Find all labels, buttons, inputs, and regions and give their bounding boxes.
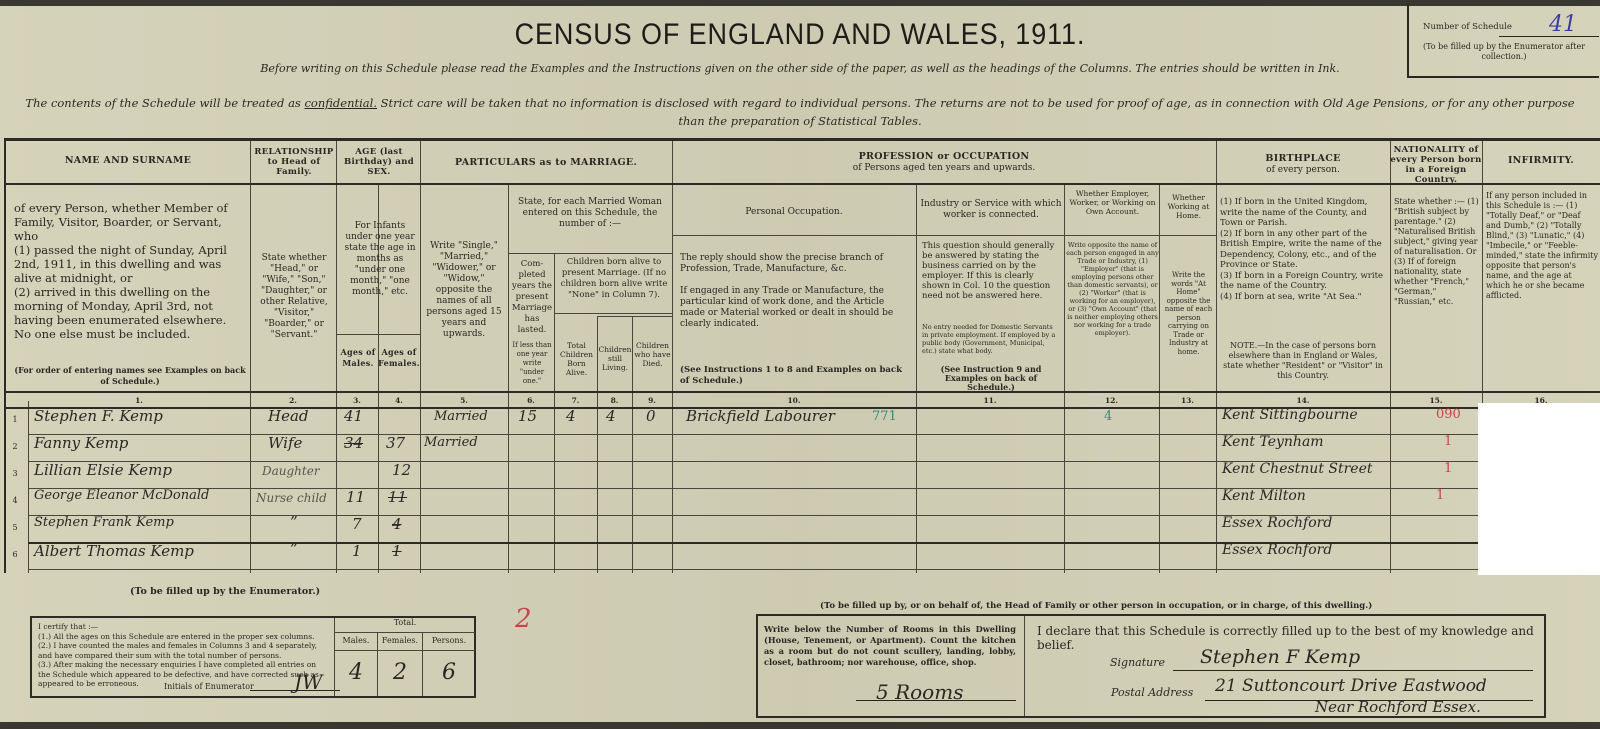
females-label: Females. bbox=[378, 632, 423, 651]
enumerator-box: I certify that :— (1.) All the ages on t… bbox=[30, 616, 476, 698]
person-name: Stephen Frank Kemp bbox=[34, 515, 174, 530]
head-section-title: (To be filled up by, or on behalf of, th… bbox=[820, 601, 1372, 611]
person-name: Albert Thomas Kemp bbox=[34, 542, 194, 560]
industry-instructions: This question should generally be answer… bbox=[922, 241, 1060, 301]
birthplace-value: Kent Chestnut Street bbox=[1222, 461, 1373, 477]
relationship-value: Head bbox=[268, 407, 309, 425]
completed-years-note: If less than one year write "under one." bbox=[510, 341, 554, 386]
marital-status: Married bbox=[424, 435, 478, 450]
col-num-2: 2. bbox=[250, 395, 336, 406]
initials-label: Initials of Enumerator bbox=[164, 682, 254, 691]
age-male: 7 bbox=[352, 515, 362, 533]
schedule-number-value: 41 bbox=[1549, 12, 1577, 37]
totals-table: Total. Males. Females. Persons. 4 2 6 bbox=[334, 618, 475, 696]
confidentiality-notice: The contents of the Schedule will be tre… bbox=[20, 94, 1580, 130]
relationship-value: Daughter bbox=[262, 464, 320, 478]
signature-value: Stephen F Kemp bbox=[1200, 646, 1360, 668]
col-num-12: 12. bbox=[1064, 395, 1159, 406]
person-name: George Eleanor McDonald bbox=[34, 488, 209, 503]
birthplace-note: NOTE.—In the case of persons born elsewh… bbox=[1220, 341, 1386, 381]
header-personal-occupation: Personal Occupation. bbox=[672, 207, 916, 218]
header-age: AGE (last Birthday) and SEX. bbox=[338, 147, 420, 177]
name-instructions: of every Person, whether Member of Famil… bbox=[14, 201, 246, 341]
col-num-14: 14. bbox=[1216, 395, 1390, 406]
signature-label: Signature bbox=[1110, 656, 1165, 669]
nationality-code: 1 bbox=[1444, 461, 1452, 476]
header-employer: Whether Employer, Worker, or Working on … bbox=[1066, 189, 1159, 216]
relationship-ditto: ” bbox=[290, 513, 298, 531]
col-num-15: 15. bbox=[1390, 395, 1482, 406]
schedule-number-label: Number of Schedule bbox=[1423, 22, 1512, 32]
children-total: 4 bbox=[566, 407, 576, 425]
persons-total: 6 bbox=[423, 650, 475, 696]
age-male: 1 bbox=[352, 542, 362, 560]
conf-text-pre: The contents of the Schedule will be tre… bbox=[25, 96, 304, 110]
col-num-1: 1. bbox=[28, 395, 250, 406]
person-name: Lillian Elsie Kemp bbox=[34, 461, 172, 479]
rooms-value: 5 Rooms bbox=[876, 680, 963, 704]
header-nationality: NATIONALITY of every Person born in a Fo… bbox=[1390, 145, 1482, 185]
bottom-border bbox=[0, 722, 1600, 729]
document-subtitle: Before writing on this Schedule please r… bbox=[0, 62, 1600, 75]
infirmity-instructions: If any person included in this Schedule … bbox=[1486, 191, 1598, 301]
personal-occupation-note: (See Instructions 1 to 8 and Examples on… bbox=[680, 365, 912, 387]
address-line-1: 21 Suttoncourt Drive Eastwood bbox=[1215, 676, 1487, 696]
header-relationship: RELATIONSHIP to Head of Family. bbox=[252, 147, 336, 177]
col-num-5: 5. bbox=[420, 395, 508, 406]
birthplace-value: Kent Milton bbox=[1222, 488, 1306, 504]
industry-small-note: No entry needed for Domestic Servants in… bbox=[922, 323, 1060, 355]
col-num-9: 9. bbox=[632, 395, 672, 406]
employer-instructions: Write opposite the name of each person e… bbox=[1066, 241, 1159, 337]
age-male-struck: 34 bbox=[344, 434, 363, 452]
birthplace-instructions: (1) If born in the United Kingdom, write… bbox=[1220, 197, 1386, 302]
age-male: 11 bbox=[346, 488, 365, 506]
top-border bbox=[0, 0, 1600, 6]
person-name: Fanny Kemp bbox=[34, 434, 128, 452]
relationship-value: Nurse child bbox=[256, 491, 327, 505]
enumerator-certification: I certify that :— (1.) All the ages on t… bbox=[38, 622, 328, 689]
enumerator-section-title: (To be filled up by the Enumerator.) bbox=[130, 586, 320, 597]
conf-word: confidential. bbox=[304, 96, 377, 110]
col-num-11: 11. bbox=[916, 395, 1064, 406]
row-number: 1 bbox=[10, 415, 20, 424]
head-declaration-box: Write below the Number of Rooms in this … bbox=[756, 614, 1546, 718]
industry-note: (See Instruction 9 and Examples on back … bbox=[922, 365, 1060, 392]
birthplace-value: Kent Teynham bbox=[1222, 434, 1324, 450]
age-female-struck: 1 bbox=[392, 542, 402, 560]
age-female: 12 bbox=[392, 461, 411, 479]
birthplace-value: Kent Sittingbourne bbox=[1222, 407, 1358, 423]
relationship-ditto: ” bbox=[290, 540, 298, 558]
signature-line bbox=[1173, 670, 1533, 671]
age-female: 37 bbox=[386, 434, 405, 452]
header-occupation: PROFESSION or OCCUPATION bbox=[672, 151, 1216, 162]
age-instructions: For Infants under one year state the age… bbox=[342, 221, 418, 298]
females-total: 2 bbox=[378, 650, 423, 696]
header-marriage: PARTICULARS as to MARRIAGE. bbox=[420, 157, 672, 168]
occupation-value: Brickfield Labourer bbox=[686, 407, 835, 425]
col-num-10: 10. bbox=[672, 395, 916, 406]
address-line-2: Near Rochford Essex. bbox=[1315, 698, 1481, 716]
personal-occupation-instructions: The reply should show the precise branch… bbox=[680, 253, 912, 330]
relationship-value: Wife bbox=[268, 434, 302, 452]
marriage-write-instructions: Write "Single," "Married," "Widower," or… bbox=[424, 241, 504, 340]
age-female-struck: 4 bbox=[392, 515, 402, 533]
col-num-4: 4. bbox=[378, 395, 420, 406]
marital-status: Married bbox=[434, 409, 488, 424]
header-children-living: Children still Living. bbox=[598, 345, 632, 372]
birthplace-value: Essex Rochford bbox=[1222, 515, 1332, 531]
household-table: NAME AND SURNAME RELATIONSHIP to Head of… bbox=[4, 138, 1600, 573]
males-total: 4 bbox=[335, 650, 378, 696]
nationality-code: 1 bbox=[1436, 488, 1444, 503]
header-birthplace: BIRTHPLACE bbox=[1216, 153, 1390, 164]
person-name: Stephen F. Kemp bbox=[34, 407, 163, 425]
header-ages-females: Ages of Females. bbox=[378, 347, 420, 369]
males-label: Males. bbox=[335, 632, 378, 651]
header-children-died: Children who have Died. bbox=[633, 341, 672, 368]
schedule-number-note: (To be filled up by the Enumerator after… bbox=[1409, 42, 1599, 62]
row-number: 5 bbox=[10, 523, 20, 532]
conf-text-post: Strict care will be taken that no inform… bbox=[377, 96, 1575, 110]
birthplace-value: Essex Rochford bbox=[1222, 542, 1332, 558]
declaration-panel: I declare that this Schedule is correctl… bbox=[1024, 616, 1545, 716]
header-name: NAME AND SURNAME bbox=[6, 155, 250, 166]
header-ages-males: Ages of Males. bbox=[338, 347, 378, 369]
age-female-struck: 11 bbox=[388, 488, 407, 506]
red-annotation: 2 bbox=[515, 604, 532, 634]
children-died: 0 bbox=[646, 407, 656, 425]
col-num-8: 8. bbox=[597, 395, 632, 406]
marriage-state-instructions: State, for each Married Woman entered on… bbox=[512, 197, 668, 230]
nationality-code: 1 bbox=[1444, 434, 1452, 449]
schedule-number-box: Number of Schedule 41 (To be filled up b… bbox=[1407, 4, 1599, 78]
redacted-area bbox=[1478, 403, 1600, 575]
header-birthplace-sub: of every person. bbox=[1216, 165, 1390, 176]
document-title: CENSUS OF ENGLAND AND WALES, 1911. bbox=[80, 18, 1520, 52]
nationality-instructions: State whether :— (1) "British subject by… bbox=[1394, 197, 1480, 307]
children-living: 4 bbox=[606, 407, 616, 425]
col-num-13: 13. bbox=[1159, 395, 1216, 406]
row-number: 4 bbox=[10, 496, 20, 505]
row-number: 2 bbox=[10, 442, 20, 451]
header-completed-years: Com-pleted years the present Marriage ha… bbox=[510, 259, 554, 336]
persons-label: Persons. bbox=[423, 632, 475, 651]
col-num-6: 6. bbox=[508, 395, 554, 406]
address-label: Postal Address bbox=[1111, 686, 1193, 699]
occupation-code: 771 bbox=[872, 409, 897, 424]
years-married: 15 bbox=[518, 407, 537, 425]
rooms-instructions: Write below the Number of Rooms in this … bbox=[764, 624, 1016, 668]
conf-text-line2: than the preparation of Statistical Tabl… bbox=[678, 114, 921, 128]
col-num-3: 3. bbox=[336, 395, 378, 406]
header-total-children: Total Children Born Alive. bbox=[556, 341, 597, 377]
census-schedule: CENSUS OF ENGLAND AND WALES, 1911. Befor… bbox=[0, 0, 1600, 729]
row-number: 3 bbox=[10, 469, 20, 478]
nationality-code: 090 bbox=[1436, 407, 1461, 422]
name-note: (For order of entering names see Example… bbox=[14, 365, 246, 387]
header-children: Children born alive to present Marriage.… bbox=[556, 257, 672, 301]
header-infirmity: INFIRMITY. bbox=[1482, 155, 1600, 166]
home-instructions: Write the words "At Home" opposite the n… bbox=[1161, 271, 1216, 356]
header-occupation-sub: of Persons aged ten years and upwards. bbox=[672, 163, 1216, 174]
col-num-7: 7. bbox=[554, 395, 597, 406]
totals-header: Total. bbox=[335, 618, 475, 633]
relationship-instructions: State whether "Head," or "Wife," "Son," … bbox=[256, 253, 332, 341]
row-number: 6 bbox=[10, 550, 20, 559]
initials-value: JW bbox=[294, 670, 323, 694]
header-home: Whether Working at Home. bbox=[1161, 193, 1216, 220]
header-industry: Industry or Service with which worker is… bbox=[918, 199, 1064, 221]
age-male: 41 bbox=[344, 407, 363, 425]
employer-status-code: 4 bbox=[1104, 409, 1112, 424]
